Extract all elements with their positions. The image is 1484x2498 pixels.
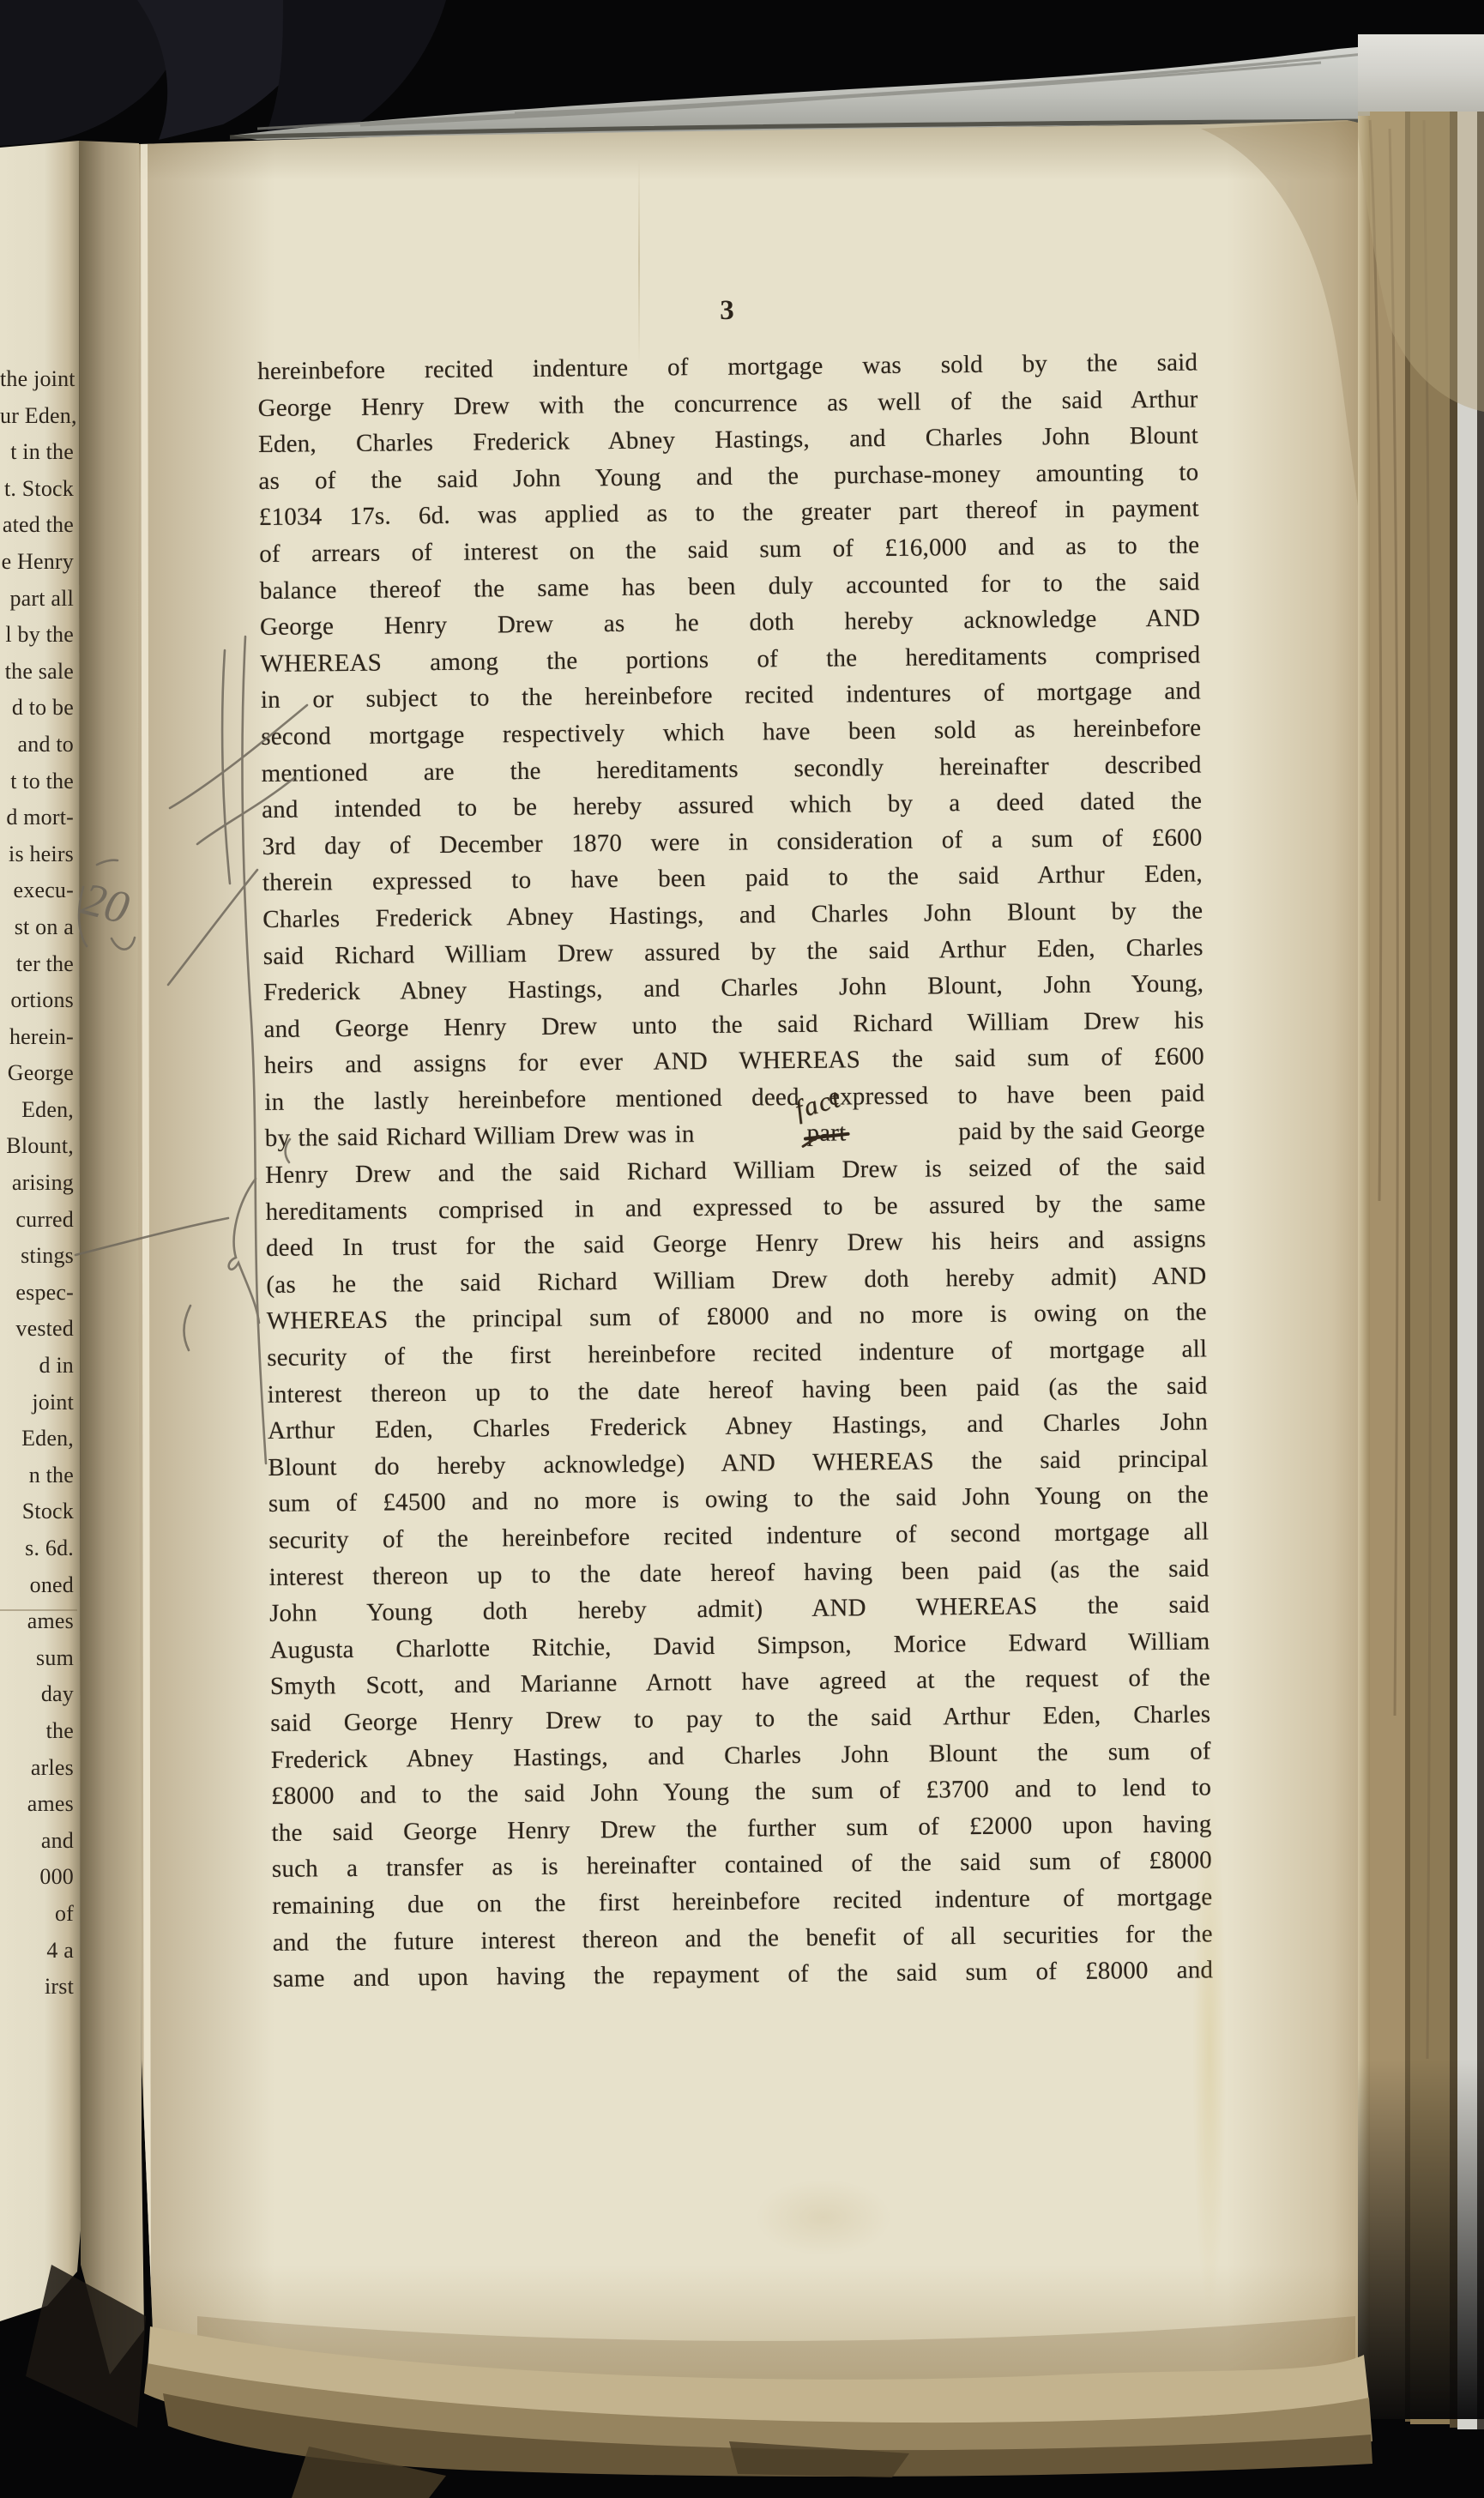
facing-page-fragment: curred bbox=[0, 1202, 75, 1239]
facing-page-fragment: Stock bbox=[0, 1493, 75, 1530]
facing-page-fragment: of bbox=[0, 1896, 75, 1933]
facing-page-fragment: Eden, bbox=[0, 1092, 75, 1129]
gutter-shadow bbox=[79, 141, 144, 2374]
facing-page-fragment: herein- bbox=[0, 1019, 75, 1056]
facing-page-fragment: t in the bbox=[0, 434, 75, 471]
facing-page-fragment: stings bbox=[0, 1238, 75, 1275]
facing-page-fragment: and bbox=[0, 1823, 75, 1860]
book-background-art bbox=[0, 0, 1484, 2498]
facing-page-fragment: arles bbox=[0, 1750, 75, 1787]
facing-page-fragment: Eden, bbox=[0, 1421, 75, 1457]
facing-page-crease bbox=[0, 1609, 77, 1611]
facing-page-fragment: the sale bbox=[0, 654, 75, 691]
scanned-book-page: the jointur Eden,t in thet. Stockated th… bbox=[0, 0, 1484, 2498]
facing-page-fragment: ter the bbox=[0, 946, 75, 983]
facing-page-fragment: ur Eden, bbox=[0, 398, 75, 435]
facing-page-fragment: d to be bbox=[0, 690, 75, 727]
facing-page-fragment: e Henry bbox=[0, 544, 75, 581]
facing-page-fragment: l by the bbox=[0, 617, 75, 654]
facing-page-fragment: d mort- bbox=[0, 799, 75, 836]
facing-page-fragment: George bbox=[0, 1055, 75, 1092]
paper-stain bbox=[755, 2179, 892, 2256]
facing-page-fragment: joint bbox=[0, 1385, 75, 1421]
facing-page-fragment: execu- bbox=[0, 872, 75, 909]
main-page-sheet bbox=[137, 120, 1377, 2402]
paper-crease bbox=[638, 159, 640, 365]
facing-page-fragment: ated the bbox=[0, 507, 75, 544]
facing-page-fragment: and to bbox=[0, 727, 75, 763]
facing-page-fragment: n the bbox=[0, 1457, 75, 1494]
facing-page-fragment: Blount, bbox=[0, 1128, 75, 1165]
facing-page-fragment: oned bbox=[0, 1567, 75, 1604]
facing-page-fragment: st on a bbox=[0, 909, 75, 946]
fore-edge bbox=[1358, 34, 1484, 2429]
facing-page-fragment: part all bbox=[0, 581, 75, 618]
facing-page-fragment: irst bbox=[0, 1969, 75, 2006]
facing-page-fragment: ames bbox=[0, 1786, 75, 1823]
facing-page-fragment: 4 a bbox=[0, 1933, 75, 1970]
facing-page-fragment: the joint bbox=[0, 361, 75, 398]
facing-page-fragments: the jointur Eden,t in thet. Stockated th… bbox=[0, 361, 75, 2006]
facing-page-fragment: s. 6d. bbox=[0, 1530, 75, 1567]
facing-page-fragment: vested bbox=[0, 1311, 75, 1348]
facing-page-fragment: sum bbox=[0, 1640, 75, 1677]
facing-page-fragment: d in bbox=[0, 1348, 75, 1385]
facing-page-fragment: 000 bbox=[0, 1859, 75, 1896]
facing-page-fragment: is heirs bbox=[0, 836, 75, 873]
paper-stain bbox=[1192, 1784, 1227, 2316]
facing-page-fragment: ortions bbox=[0, 982, 75, 1019]
facing-page-fragment: espec- bbox=[0, 1275, 75, 1312]
facing-page-fragment: the bbox=[0, 1713, 75, 1750]
facing-page-fragment: t to the bbox=[0, 763, 75, 800]
facing-page-fragment: day bbox=[0, 1676, 75, 1713]
facing-page-fragment: arising bbox=[0, 1165, 75, 1202]
facing-page-fragment: t. Stock bbox=[0, 471, 75, 508]
